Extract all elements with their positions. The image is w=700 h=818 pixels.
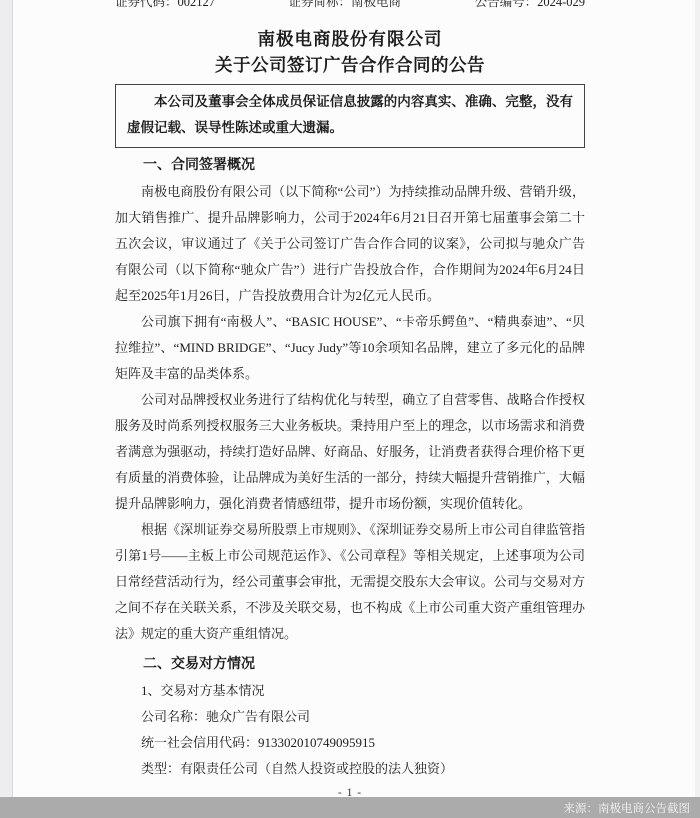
securities-name: 证券简称：南极电商 (289, 0, 402, 11)
counterparty-type-line: 类型：有限责任公司（自然人投资或控股的法人独资） (115, 756, 585, 782)
document-page: 证券代码：002127 证券简称：南极电商 公告编号：2024-029 南极电商… (115, 0, 585, 799)
section1-heading: 一、合同签署概况 (115, 153, 585, 179)
source-caption: 来源：南极电商公告截图 (564, 800, 691, 816)
section2-subheading: 1、交易对方基本情况 (115, 678, 585, 704)
counterparty-name-line: 公司名称：驰众广告有限公司 (115, 704, 585, 730)
right-gutter (695, 0, 700, 818)
counterparty-credit-code-line: 统一社会信用代码：913302010749095915 (115, 730, 585, 756)
topbar-clip: 证券代码：002127 证券简称：南极电商 公告编号：2024-029 (115, 0, 585, 13)
section1-paragraph-4: 根据《深圳证券交易所股票上市规则》、《深圳证券交易所上市公司自律监管指引第1号—… (115, 517, 585, 647)
disclaimer-box: 本公司及董事会全体成员保证信息披露的内容真实、准确、完整，没有虚假记载、误导性陈… (115, 84, 585, 148)
announcement-number: 公告编号：2024-029 (475, 0, 585, 11)
left-gutter (0, 0, 13, 818)
source-bar: 来源：南极电商公告截图 (0, 797, 700, 818)
section1-paragraph-3: 公司对品牌授权业务进行了结构优化与转型，确立了自营零售、战略合作授权服务及时尚系… (115, 387, 585, 517)
section1-paragraph-1: 南极电商股份有限公司（以下简称“公司”）为持续推动品牌升级、营销升级，加大销售推… (115, 179, 585, 309)
document-topbar: 证券代码：002127 证券简称：南极电商 公告编号：2024-029 (115, 0, 585, 11)
announcement-title: 关于公司签订广告合作合同的公告 (115, 53, 585, 77)
company-title: 南极电商股份有限公司 (115, 27, 585, 51)
securities-code: 证券代码：002127 (115, 0, 215, 11)
section2-heading: 二、交易对方情况 (115, 652, 585, 678)
disclaimer-text: 本公司及董事会全体成员保证信息披露的内容真实、准确、完整，没有虚假记载、误导性陈… (127, 89, 573, 141)
section1-paragraph-2: 公司旗下拥有“南极人”、“BASIC HOUSE”、“卡帝乐鳄鱼”、“精典泰迪”… (115, 309, 585, 387)
announcement-screenshot: 证券代码：002127 证券简称：南极电商 公告编号：2024-029 南极电商… (0, 0, 700, 818)
